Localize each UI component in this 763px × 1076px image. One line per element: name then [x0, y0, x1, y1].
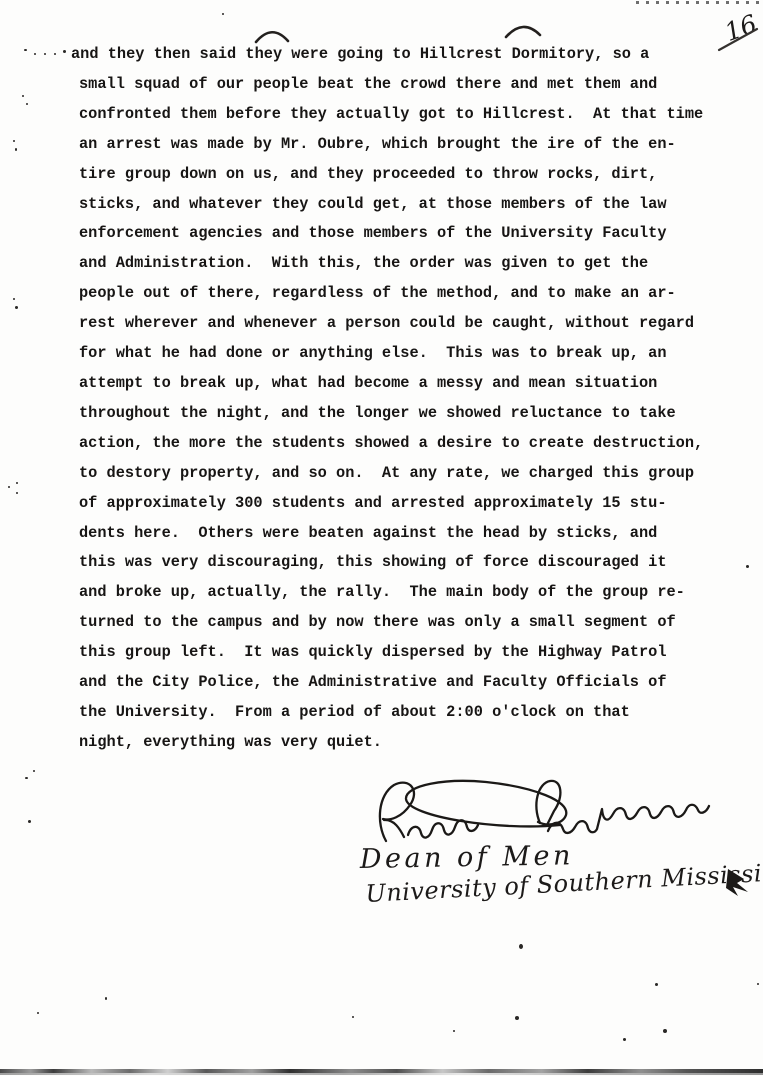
typed-line: night, everything was very quiet.: [79, 728, 703, 758]
scan-speck: [352, 1016, 354, 1018]
scan-speck: [16, 482, 18, 484]
scan-speck: [24, 49, 27, 51]
typed-line: to destory property, and so on. At any r…: [79, 459, 703, 489]
scan-speck: [16, 492, 18, 494]
scan-speck: [54, 53, 56, 55]
typed-line: and broke up, actually, the rally. The m…: [79, 578, 703, 608]
scan-speck: [746, 565, 749, 568]
scan-speck: [222, 13, 224, 15]
scan-speck: [26, 103, 28, 105]
typed-line: and the City Police, the Administrative …: [79, 668, 703, 698]
scan-speck: [33, 770, 35, 772]
scan-speck: [15, 148, 17, 151]
scan-speck: [8, 486, 10, 488]
document-page: 16 and they then said they were going to…: [0, 0, 763, 1076]
scan-speck: [37, 1012, 39, 1014]
scan-speck: [105, 997, 107, 1000]
scan-speck: [15, 306, 18, 309]
typed-line: an arrest was made by Mr. Oubre, which b…: [79, 130, 703, 160]
typed-line: and Administration. With this, the order…: [79, 249, 703, 279]
typed-line: and they then said they were going to Hi…: [79, 40, 703, 70]
signature-block: Rader Grantham Dean of Men University of…: [350, 775, 763, 915]
scan-speck: [44, 53, 46, 55]
typed-line: small squad of our people beat the crowd…: [79, 70, 703, 100]
scan-speck: [757, 983, 759, 985]
scan-edge: [0, 1069, 763, 1073]
scan-speck: [28, 820, 31, 823]
typed-line: people out of there, regardless of the m…: [79, 279, 703, 309]
typed-line: for what he had done or anything else. T…: [79, 339, 703, 369]
scan-speck: [25, 777, 28, 779]
typed-line: action, the more the students showed a d…: [79, 429, 703, 459]
typed-line: sticks, and whatever they could get, at …: [79, 190, 703, 220]
typed-body: and they then said they were going to Hi…: [79, 40, 703, 758]
scan-edge-shadow: [0, 1073, 763, 1075]
typed-line: this group left. It was quickly disperse…: [79, 638, 703, 668]
page-number-handwritten: 16: [712, 4, 762, 56]
typed-line: dents here. Others were beaten against t…: [79, 519, 703, 549]
scan-speck: [655, 983, 658, 986]
scan-speck: [34, 53, 36, 55]
pen-arc-mark: [504, 23, 542, 39]
typed-line: of approximately 300 students and arrest…: [79, 489, 703, 519]
scan-speck: [519, 944, 523, 949]
scan-speck: [13, 140, 15, 142]
typed-line: turned to the campus and by now there wa…: [79, 608, 703, 638]
scan-speck: [13, 298, 15, 300]
scan-speck: [623, 1038, 626, 1041]
typed-line: the University. From a period of about 2…: [79, 698, 703, 728]
typed-line: confronted them before they actually got…: [79, 100, 703, 130]
scan-speck: [22, 95, 24, 97]
scan-speck: [663, 1029, 667, 1033]
typed-line: this was very discouraging, this showing…: [79, 548, 703, 578]
typed-line: tire group down on us, and they proceede…: [79, 160, 703, 190]
scan-speck: [63, 50, 66, 53]
page-number-text: 16: [721, 9, 761, 47]
signature-name: Rader Grantham: [380, 781, 709, 841]
scan-speck: [515, 1016, 519, 1020]
scan-speck: [453, 1030, 455, 1032]
typed-line: enforcement agencies and those members o…: [79, 219, 703, 249]
typed-line: throughout the night, and the longer we …: [79, 399, 703, 429]
typed-line: attempt to break up, what had become a m…: [79, 369, 703, 399]
typed-line: rest wherever and whenever a person coul…: [79, 309, 703, 339]
